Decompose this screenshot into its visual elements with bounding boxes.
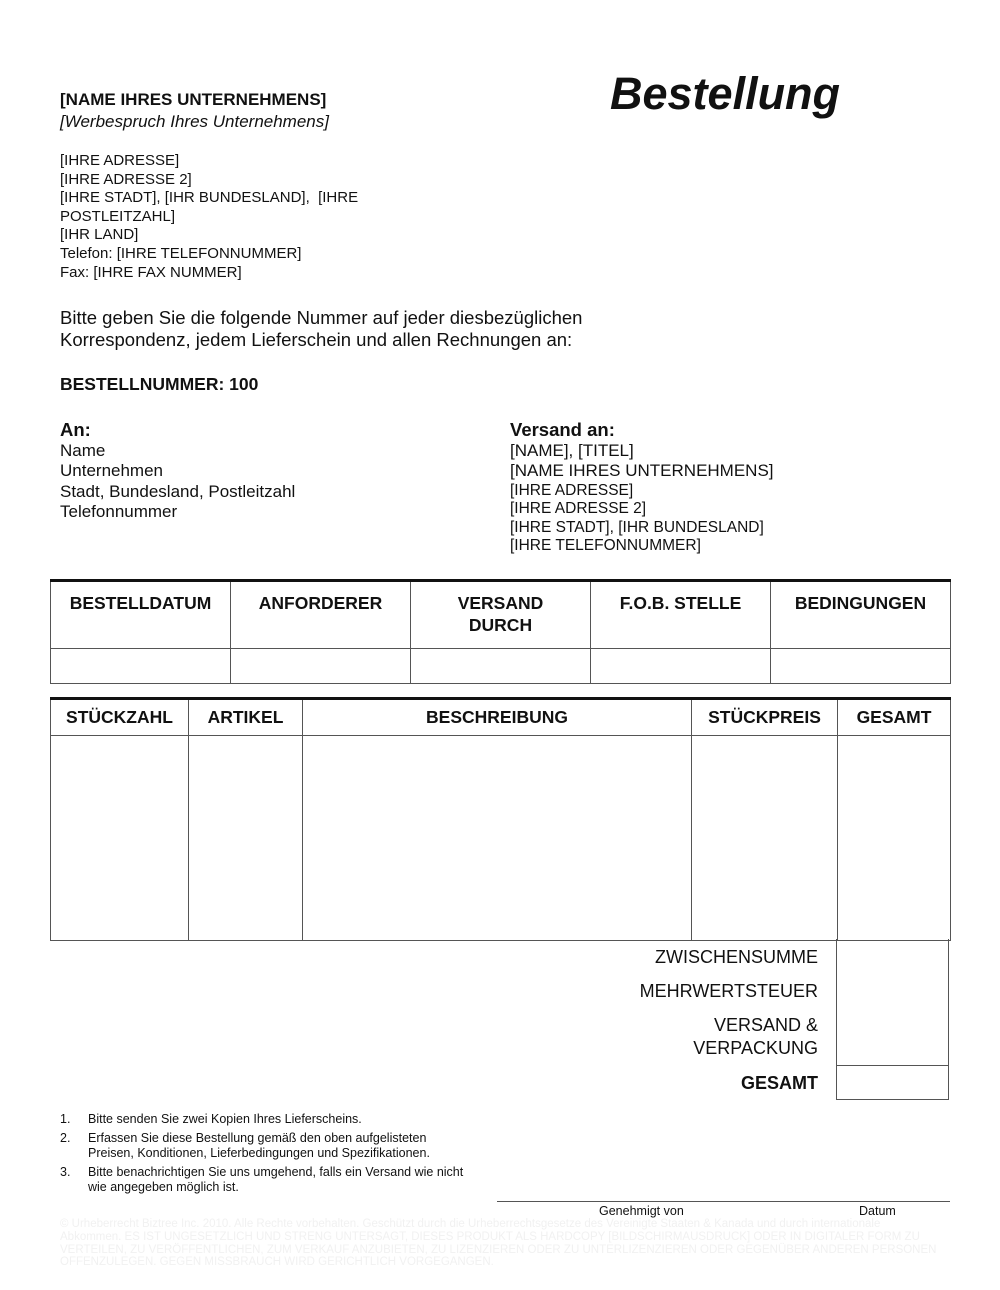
header-quantity: STÜCKZAHL [51, 699, 189, 736]
note-text: Bitte senden Sie zwei Kopien Ihres Liefe… [88, 1112, 362, 1128]
recipient-heading: An: [60, 420, 295, 441]
address-line: POSTLEITZAHL] [60, 208, 420, 227]
item-cell[interactable] [189, 736, 303, 941]
copyright-notice: © Urheberrecht Biztree Inc. 2010. Alle R… [60, 1218, 940, 1269]
recipient-city: Stadt, Bundesland, Postleitzahl [60, 482, 295, 503]
ship-to-name: [NAME], [TITEL] [510, 441, 774, 462]
note-number: 2. [60, 1131, 88, 1162]
address-line: [IHR LAND] [60, 226, 420, 245]
table-row [51, 649, 951, 684]
address-line: [IHRE ADRESSE] [60, 152, 420, 171]
sender-address: [IHRE ADRESSE] [IHRE ADRESSE 2] [IHRE ST… [60, 152, 420, 282]
fob-point-cell[interactable] [591, 649, 771, 684]
note-number: 1. [60, 1112, 88, 1128]
header-unit-price: STÜCKPREIS [692, 699, 838, 736]
company-name: [NAME IHRES UNTERNEHMENS] [60, 90, 326, 110]
subtotal-tax-shipping-box[interactable] [836, 939, 949, 1066]
date-label: Datum [859, 1204, 896, 1218]
fax-line: Fax: [IHRE FAX NUMMER] [60, 264, 420, 283]
document-title: Bestellung [610, 68, 840, 120]
note-item: 2. Erfassen Sie diese Bestellung gemäß d… [60, 1131, 470, 1162]
header-order-date: BESTELLDATUM [51, 581, 231, 649]
shipping-label-line-2: VERPACKUNG [693, 1037, 818, 1060]
header-requester: ANFORDERER [231, 581, 411, 649]
recipient-company: Unternehmen [60, 461, 295, 482]
recipient-phone: Telefonnummer [60, 502, 295, 523]
approved-by-label: Genehmigt von [599, 1204, 684, 1218]
order-info-table: BESTELLDATUM ANFORDERER VERSAND DURCH F.… [50, 579, 951, 684]
note-text: Erfassen Sie diese Bestellung gemäß den … [88, 1131, 470, 1162]
company-slogan: [Werbespruch Ihres Unternehmens] [60, 112, 329, 132]
recipient-name: Name [60, 441, 295, 462]
ship-to-city: [IHRE STADT], [IHR BUNDESLAND] [510, 519, 774, 538]
line-total-cell[interactable] [838, 736, 951, 941]
table-header-row: STÜCKZAHL ARTIKEL BESCHREIBUNG STÜCKPREI… [51, 699, 951, 736]
subtotal-label: ZWISCHENSUMME [655, 946, 818, 969]
ship-to-address: [IHRE ADRESSE] [510, 482, 774, 501]
quantity-cell[interactable] [51, 736, 189, 941]
note-item: 3. Bitte benachrichtigen Sie uns umgehen… [60, 1165, 470, 1196]
notes-list: 1. Bitte senden Sie zwei Kopien Ihres Li… [60, 1112, 470, 1199]
ship-to-block: Versand an: [NAME], [TITEL] [NAME IHRES … [510, 420, 774, 556]
shipped-via-cell[interactable] [411, 649, 591, 684]
requester-cell[interactable] [231, 649, 411, 684]
shipping-label: VERSAND & VERPACKUNG [693, 1014, 818, 1060]
description-cell[interactable] [303, 736, 692, 941]
header-shipped-via: VERSAND DURCH [411, 581, 591, 649]
tax-label: MEHRWERTSTEUER [640, 980, 818, 1003]
order-date-cell[interactable] [51, 649, 231, 684]
phone-line: Telefon: [IHRE TELEFONNUMMER] [60, 245, 420, 264]
grand-total-label: GESAMT [741, 1072, 818, 1095]
note-number: 3. [60, 1165, 88, 1196]
ship-to-company: [NAME IHRES UNTERNEHMENS] [510, 461, 774, 482]
address-line: [IHRE STADT], [IHR BUNDESLAND], [IHRE [60, 189, 420, 208]
header-total: GESAMT [838, 699, 951, 736]
grand-total-box[interactable] [836, 1065, 949, 1100]
terms-cell[interactable] [771, 649, 951, 684]
unit-price-cell[interactable] [692, 736, 838, 941]
ship-to-address-2: [IHRE ADRESSE 2] [510, 500, 774, 519]
note-text: Bitte benachrichtigen Sie uns umgehend, … [88, 1165, 470, 1196]
table-row [51, 736, 951, 941]
order-number: BESTELLNUMMER: 100 [60, 374, 258, 395]
header-description: BESCHREIBUNG [303, 699, 692, 736]
ship-to-phone: [IHRE TELEFONNUMMER] [510, 537, 774, 556]
items-table: STÜCKZAHL ARTIKEL BESCHREIBUNG STÜCKPREI… [50, 697, 951, 941]
recipient-block: An: Name Unternehmen Stadt, Bundesland, … [60, 420, 295, 523]
address-line: [IHRE ADRESSE 2] [60, 171, 420, 190]
header-item: ARTIKEL [189, 699, 303, 736]
note-item: 1. Bitte senden Sie zwei Kopien Ihres Li… [60, 1112, 470, 1128]
ship-to-heading: Versand an: [510, 420, 774, 441]
header-shipped-via-label: VERSAND DURCH [451, 592, 551, 636]
header-terms: BEDINGUNGEN [771, 581, 951, 649]
shipping-label-line-1: VERSAND & [693, 1014, 818, 1037]
signature-line[interactable] [497, 1201, 950, 1202]
header-fob-point: F.O.B. STELLE [591, 581, 771, 649]
table-header-row: BESTELLDATUM ANFORDERER VERSAND DURCH F.… [51, 581, 951, 649]
reference-instruction: Bitte geben Sie die folgende Nummer auf … [60, 307, 680, 351]
